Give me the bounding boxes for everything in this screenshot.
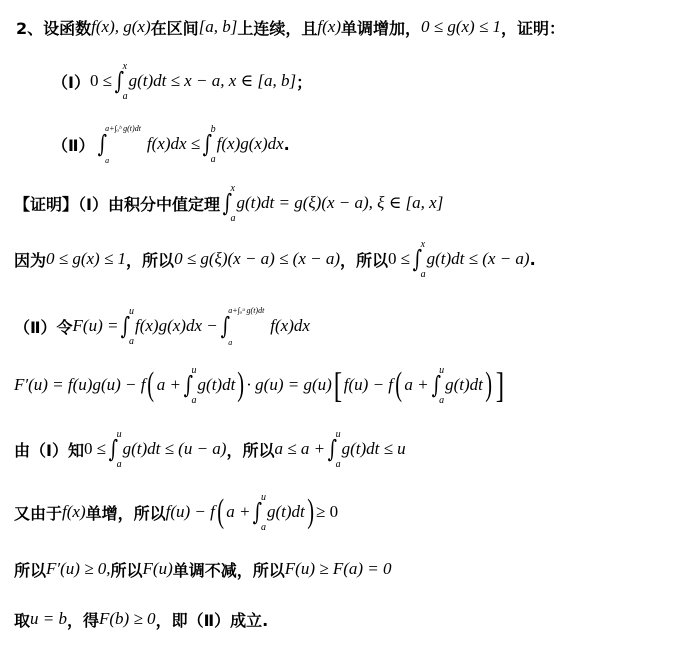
text: .: [530, 250, 536, 269]
proof-line-2: 因为 0 ≤ g(x) ≤ 1 ，所以 0 ≤ g(ξ)(x − a) ≤ (x…: [14, 242, 536, 276]
integral-sign-icon: ∫xa: [113, 64, 128, 98]
integral-sign-icon: ∫ua: [182, 368, 197, 402]
proof-line-4: F′(u) = f(u)g(u) − f ( a + ∫ua g(t)dt ) …: [14, 362, 506, 408]
integral-sign-icon: ∫xa: [221, 186, 236, 220]
math: F(u) ≥ F(a) = 0: [285, 559, 392, 579]
proof-line-7: 所以 F′(u) ≥ 0, 所以 F(u) 单调不减，所以 F(u) ≥ F(a…: [14, 556, 392, 582]
punct: ；: [296, 70, 312, 93]
integral-sign-icon: ∫ba: [201, 127, 216, 161]
part-label: （Ⅱ）: [52, 133, 95, 156]
part-2: （Ⅱ） ∫a+∫ₐᵇ g(t)dta f(x)dx ≤ ∫ba f(x)g(x)…: [52, 124, 290, 164]
proof-heading: 【证明】（Ⅰ）由积分中值定理: [14, 192, 220, 215]
stem-math: f(x): [317, 17, 341, 37]
text: ，所以: [340, 248, 388, 271]
proof-line-1: 【证明】（Ⅰ）由积分中值定理 ∫xa g(t)dt = g(ξ)(x − a),…: [14, 186, 443, 220]
integral-sign-icon: ∫ua: [430, 368, 445, 402]
math: 0 ≤ g(x) ≤ 1: [46, 249, 126, 269]
integral-sign-icon: ∫a+∫ₐᵇ g(t)dta: [96, 127, 141, 161]
part-1: （Ⅰ） 0 ≤ ∫xa g(t)dt ≤ x − a, x ∈ [a, b] ；: [52, 64, 312, 98]
text: 所以: [111, 558, 143, 581]
part-label: （Ⅰ）: [52, 70, 90, 93]
math: F′(u) ≥ 0,: [46, 559, 111, 579]
math: F(u): [143, 559, 173, 579]
text: 因为: [14, 248, 46, 271]
text: ，得: [67, 608, 99, 631]
stem-text: 上连续，且: [237, 16, 317, 39]
stem-text: 设函数: [43, 16, 91, 39]
text: 单增，所以: [86, 501, 166, 524]
stem-text: ，证明：: [501, 16, 565, 39]
integral-sign-icon: ∫ua: [107, 432, 122, 466]
proof-heading: （Ⅱ）令: [14, 315, 73, 338]
text: ，所以: [126, 248, 174, 271]
proof-line-5: 由（Ⅰ）知 0 ≤ ∫ua g(t)dt ≤ (u − a) ，所以 a ≤ a…: [14, 432, 406, 466]
integral-sign-icon: ∫xa: [411, 242, 426, 276]
stem-math: 0 ≤ g(x) ≤ 1: [421, 17, 501, 37]
text: ，所以: [226, 438, 274, 461]
text: ，即（Ⅱ）成立.: [156, 608, 269, 631]
integral-sign-icon: ∫ua: [251, 495, 266, 529]
stem-text: 在区间: [151, 16, 199, 39]
problem-statement: 2、 设函数 f(x), g(x) 在区间 [a, b] 上连续，且 f(x) …: [16, 14, 565, 40]
integral-sign-icon: ∫ua: [119, 309, 134, 343]
text: 又由于: [14, 501, 62, 524]
math: u = b: [30, 609, 67, 629]
punct: .: [284, 135, 290, 154]
text: 所以: [14, 558, 46, 581]
stem-text: 单调增加，: [341, 16, 421, 39]
problem-number: 2、: [16, 16, 43, 39]
math: F(b) ≥ 0: [99, 609, 156, 629]
integral-sign-icon: ∫ua: [326, 432, 341, 466]
text: 单调不减，所以: [173, 558, 285, 581]
proof-line-3: （Ⅱ）令 F(u) = ∫ua f(x)g(x)dx − ∫a+∫ₐᵘ g(t)…: [14, 306, 310, 346]
proof-line-6: 又由于 f(x) 单增，所以 f(u) − f ( a + ∫ua g(t)dt…: [14, 490, 338, 534]
stem-math: f(x), g(x): [91, 17, 150, 37]
text: 由（Ⅰ）知: [14, 438, 84, 461]
math: f(x): [62, 502, 86, 522]
proof-line-8: 取 u = b ，得 F(b) ≥ 0 ，即（Ⅱ）成立.: [14, 606, 268, 632]
text: 取: [14, 608, 30, 631]
stem-math: [a, b]: [199, 17, 238, 37]
integral-sign-icon: ∫a+∫ₐᵘ g(t)dta: [219, 309, 265, 343]
math: 0 ≤ g(ξ)(x − a) ≤ (x − a): [174, 249, 340, 269]
